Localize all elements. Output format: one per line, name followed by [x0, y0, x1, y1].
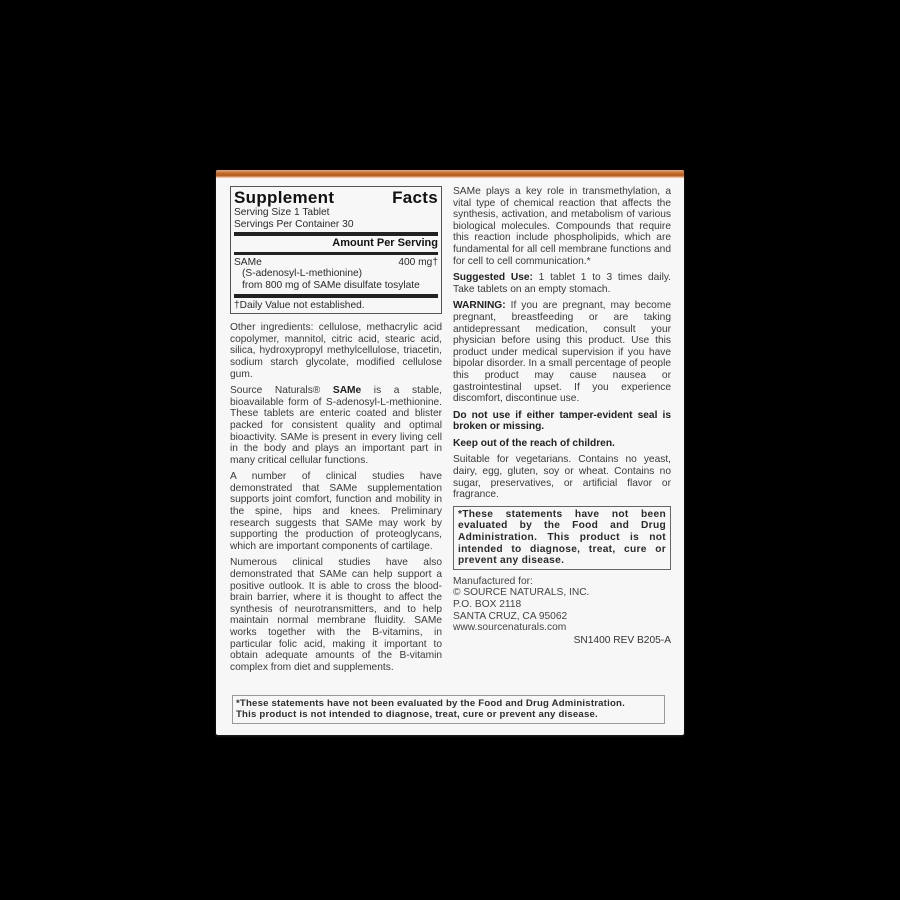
divider	[234, 294, 438, 298]
orange-top-band	[216, 170, 684, 178]
suggested-use: Suggested Use: 1 tablet 1 to 3 times dai…	[453, 272, 671, 295]
ingredient-subline: (S-adenosyl-L-methionine)	[234, 268, 438, 280]
left-column: Supplement Facts Serving Size 1 Tablet S…	[230, 186, 442, 678]
supplement-facts-panel: Supplement Facts Serving Size 1 Tablet S…	[230, 186, 442, 314]
product-box-back-panel: Supplement Facts Serving Size 1 Tablet S…	[216, 170, 684, 735]
mood-studies-paragraph: Numerous clinical studies have also demo…	[230, 557, 442, 673]
other-ingredients: Other ingredients: cellulose, methacryli…	[230, 322, 442, 380]
children-warning: Keep out of the reach of children.	[453, 438, 671, 450]
ingredient-amount: 400 mg†	[398, 257, 438, 269]
bottom-fda-disclaimer: *These statements have not been evaluate…	[232, 695, 665, 724]
supplement-facts-title: Supplement Facts	[234, 189, 438, 207]
daily-value-footnote: †Daily Value not established.	[234, 300, 438, 312]
tamper-warning: Do not use if either tamper-evident seal…	[453, 410, 671, 433]
divider	[234, 232, 438, 236]
right-column: SAMe plays a key role in transmethylatio…	[453, 186, 671, 646]
amount-per-serving-header: Amount Per Serving	[234, 238, 438, 250]
sku-code: SN1400 REV B205-A	[453, 635, 671, 647]
transmethylation-paragraph: SAMe plays a key role in transmethylatio…	[453, 186, 671, 267]
servings-per-container: Servings Per Container 30	[234, 219, 438, 231]
joint-studies-paragraph: A number of clinical studies have demons…	[230, 471, 442, 552]
website-link: www.sourcenaturals.com	[453, 622, 671, 634]
ingredient-name: SAMe	[234, 257, 262, 269]
serving-size: Serving Size 1 Tablet	[234, 207, 438, 219]
ingredient-row: SAMe 400 mg†	[234, 257, 438, 269]
product-intro: Source Naturals® SAMe is a stable, bioav…	[230, 385, 442, 466]
manufacturer-info: Manufactured for: © SOURCE NATURALS, INC…	[453, 576, 671, 634]
ingredient-source: from 800 mg of SAMe disulfate tosylate	[234, 280, 438, 292]
fda-disclaimer-box: *These statements have not been evaluate…	[453, 506, 671, 570]
suitability-statement: Suitable for vegetarians. Contains no ye…	[453, 454, 671, 500]
divider	[234, 252, 438, 255]
warning: WARNING: If you are pregnant, may become…	[453, 300, 671, 404]
